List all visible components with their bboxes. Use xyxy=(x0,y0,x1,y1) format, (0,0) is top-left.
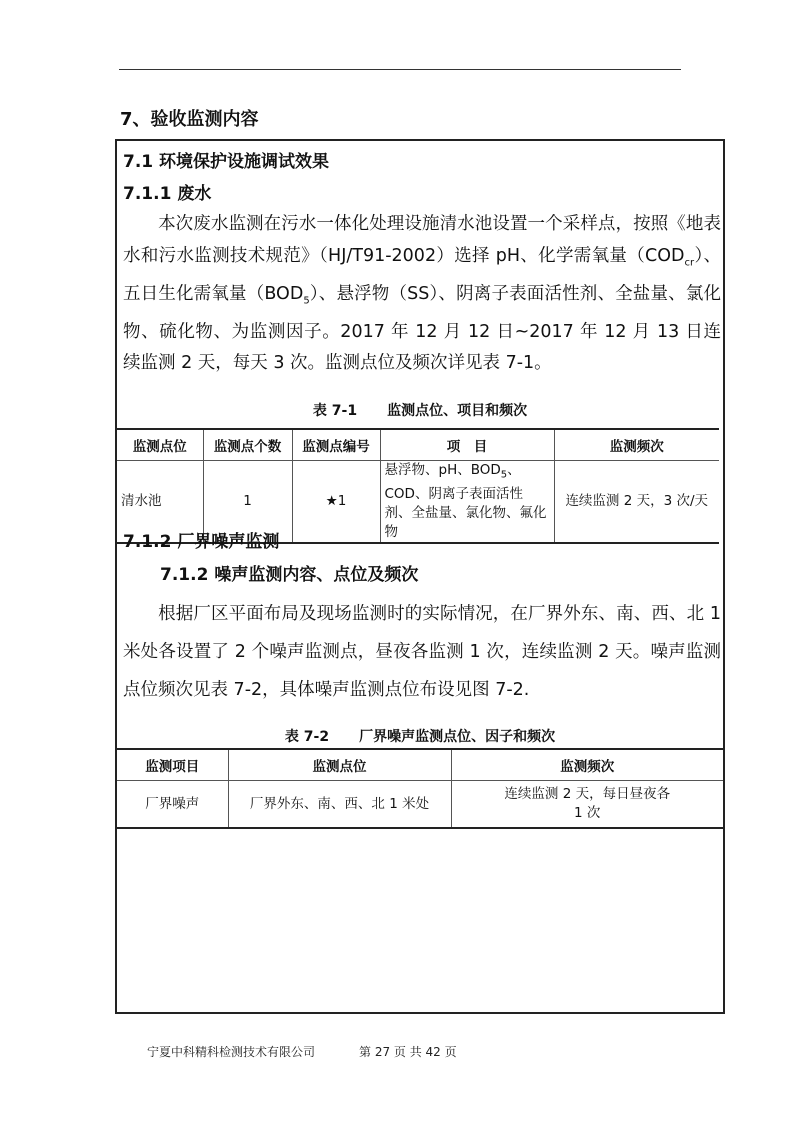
caption-title: 监测点位、项目和频次 xyxy=(387,403,527,419)
column-header: 监测点位 xyxy=(228,749,451,781)
content-frame: 7.1 环境保护设施调试效果 7.1.1 废水 本次废水监测在污水一体化处理设施… xyxy=(115,139,725,1014)
cell-item: 厂界噪声 xyxy=(117,781,228,829)
table-7-2-caption: 表 7-2厂界噪声监测点位、因子和频次 xyxy=(117,726,723,746)
cell-code: ★1 xyxy=(292,461,380,543)
caption-title: 厂界噪声监测点位、因子和频次 xyxy=(359,729,555,745)
noise-paragraph: 根据厂区平面布局及现场监测时的实际情况，在厂界外东、南、西、北 1 米处各设置了… xyxy=(123,595,721,709)
column-header: 监测点编号 xyxy=(292,429,380,461)
section-7-1-2-heading: 7.1.2 厂界噪声监测 xyxy=(123,527,279,552)
subscript: cr xyxy=(685,257,695,268)
table-header-row: 监测点位 监测点个数 监测点编号 项 目 监测频次 xyxy=(117,429,719,461)
wastewater-paragraph: 本次废水监测在污水一体化处理设施清水池设置一个采样点，按照《地表水和污水监测技术… xyxy=(123,209,721,380)
footer-company: 宁夏中科精科检测技术有限公司 xyxy=(147,1043,315,1060)
cell-frequency: 连续监测 2 天，每日昼夜各1 次 xyxy=(451,781,723,829)
table-7-2: 监测项目 监测点位 监测频次 厂界噪声 厂界外东、南、西、北 1 米处 连续监测… xyxy=(117,748,723,829)
header-rule xyxy=(119,69,681,70)
footer-page-info: 第 27 页 共 42 页 xyxy=(359,1043,457,1060)
caption-number: 表 7-2 xyxy=(285,729,329,745)
frequency-line: 连续监测 2 天，每日昼夜各 xyxy=(456,785,720,804)
table-row: 厂界噪声 厂界外东、南、西、北 1 米处 连续监测 2 天，每日昼夜各1 次 xyxy=(117,781,723,829)
column-header: 监测点个数 xyxy=(203,429,292,461)
column-header: 监测频次 xyxy=(451,749,723,781)
column-header: 监测项目 xyxy=(117,749,228,781)
noise-subsection-heading: 7.1.2 噪声监测内容、点位及频次 xyxy=(160,560,418,585)
cell-frequency: 连续监测 2 天，3 次/天 xyxy=(554,461,719,543)
column-header: 监测频次 xyxy=(554,429,719,461)
chapter-title: 7、验收监测内容 xyxy=(120,105,259,131)
paragraph-text: 本次废水监测在污水一体化处理设施清水池设置一个采样点，按照《地表水和污水监测技术… xyxy=(123,214,721,266)
items-text: 悬浮物、pH、BOD xyxy=(385,462,501,478)
caption-number: 表 7-1 xyxy=(313,403,357,419)
column-header: 项 目 xyxy=(380,429,554,461)
table-7-1-caption: 表 7-1监测点位、项目和频次 xyxy=(117,400,723,420)
section-7-1-heading: 7.1 环境保护设施调试效果 xyxy=(123,147,329,172)
table-header-row: 监测项目 监测点位 监测频次 xyxy=(117,749,723,781)
cell-items: 悬浮物、pH、BOD5、COD、阴离子表面活性剂、全盐量、氯化物、氟化物 xyxy=(380,461,554,543)
frequency-line: 1 次 xyxy=(456,804,720,823)
cell-location: 厂界外东、南、西、北 1 米处 xyxy=(228,781,451,829)
paragraph-text: 根据厂区平面布局及现场监测时的实际情况，在厂界外东、南、西、北 1 米处各设置了… xyxy=(123,604,721,700)
column-header: 监测点位 xyxy=(117,429,203,461)
section-7-1-1-heading: 7.1.1 废水 xyxy=(123,179,211,204)
